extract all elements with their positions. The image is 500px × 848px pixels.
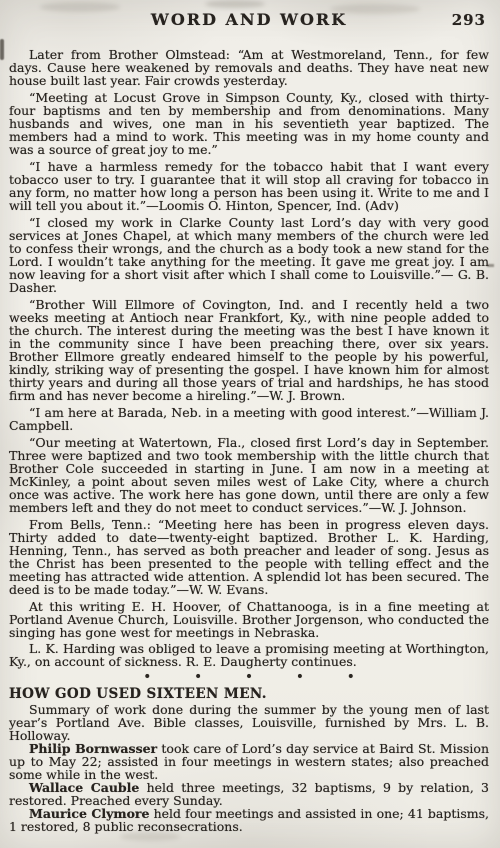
page-number: 293 bbox=[452, 10, 486, 30]
news-paragraph-hoover: At this writing E. H. Hoover, of Chattan… bbox=[9, 600, 489, 639]
news-paragraph-dasher: “I closed my work in Clarke County last … bbox=[9, 216, 489, 294]
entry-paragraph-cauble: Wallace Cauble held three meetings, 32 b… bbox=[9, 781, 489, 807]
scanned-journal-page: WORD AND WORK 293 Later from Brother Olm… bbox=[0, 0, 500, 848]
news-paragraph-tobacco-remedy: “I have a harmless remedy for the tobacc… bbox=[9, 160, 489, 212]
news-paragraph-campbell: “I am here at Barada, Neb. in a meeting … bbox=[9, 406, 489, 432]
scan-smudge bbox=[205, 0, 265, 8]
section-intro-paragraph: Summary of work done during the summer b… bbox=[9, 703, 489, 742]
news-paragraph-johnson: “Our meeting at Watertown, Fla., closed … bbox=[9, 436, 489, 514]
news-paragraph-evans: From Bells, Tenn.: “Meeting here has bee… bbox=[9, 518, 489, 596]
page-body: Later from Brother Olmstead: “Am at West… bbox=[9, 48, 489, 833]
entry-paragraph-bornwasser: Philip Bornwasser took care of Lord’s da… bbox=[9, 742, 489, 781]
asterisk-separator: • • • • • bbox=[9, 671, 489, 683]
news-paragraph-harding: L. K. Harding was obliged to leave a pro… bbox=[9, 642, 489, 668]
scan-edge-artifact bbox=[0, 39, 4, 60]
section-heading: HOW GOD USED SIXTEEN MEN. bbox=[9, 687, 489, 701]
news-paragraph-olmstead: Later from Brother Olmstead: “Am at West… bbox=[9, 48, 489, 87]
news-paragraph-locust-grove: “Meeting at Locust Grove in Simpson Coun… bbox=[9, 91, 489, 156]
entry-paragraph-clymore: Maurice Clymore held four meetings and a… bbox=[9, 807, 489, 833]
journal-title: WORD AND WORK bbox=[9, 10, 489, 30]
news-paragraph-brown: “Brother Will Ellmore of Covington, Ind.… bbox=[9, 298, 489, 402]
masthead: WORD AND WORK 293 bbox=[9, 10, 489, 30]
